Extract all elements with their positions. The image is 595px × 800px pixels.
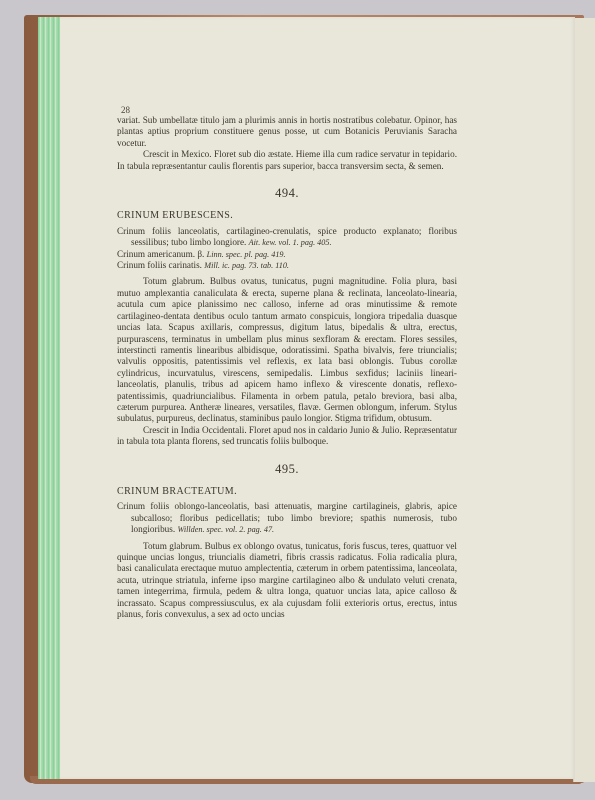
synonym-line: Crinum foliis carinatis. Mill. ic. pag. … (117, 260, 457, 271)
page-text-block: 28 variat. Sub umbellatæ titulo jam a pl… (117, 115, 457, 620)
synonym-reference: Willden. spec. vol. 2. pag. 47. (177, 525, 274, 534)
synonym-reference: Ait. kew. vol. 1. pag. 405. (249, 238, 332, 247)
entry-number: 495. (117, 464, 457, 475)
book-page: 28 variat. Sub umbellatæ titulo jam a pl… (60, 17, 575, 779)
synonym-reference: Linn. spec. pl. pag. 419. (207, 250, 286, 259)
page-number: 28 (121, 105, 130, 116)
synonym-line: Crinum americanum. β. Linn. spec. pl. pa… (117, 249, 457, 260)
entry-494: 494. CRINUM ERUBESCENS. Crinum foliis la… (117, 188, 457, 448)
synonym-reference: Mill. ic. pag. 73. tab. 110. (204, 261, 289, 270)
species-title: CRINUM BRACTEATUM. (117, 486, 457, 497)
intro-habitat-paragraph: Crescit in Mexico. Floret sub dio æstate… (117, 149, 457, 172)
synonym-text: Crinum foliis oblongo-lanceolatis, basi … (117, 501, 457, 534)
entry-495: 495. CRINUM BRACTEATUM. Crinum foliis ob… (117, 464, 457, 621)
species-habitat: Crescit in India Occidentali. Floret apu… (117, 425, 457, 448)
synonym-text: Crinum foliis carinatis. (117, 260, 202, 270)
synonym-text: Crinum americanum. β. (117, 249, 204, 259)
species-description: Totum glabrum. Bulbus ex oblongo ovatus,… (117, 541, 457, 621)
entry-number: 494. (117, 188, 457, 199)
facing-page-edge (573, 18, 595, 782)
green-page-edges (38, 17, 62, 779)
species-description: Totum glabrum. Bulbus ovatus, tunicatus,… (117, 276, 457, 424)
species-title: CRINUM ERUBESCENS. (117, 210, 457, 221)
intro-paragraph: variat. Sub umbellatæ titulo jam a pluri… (117, 115, 457, 149)
synonym-line: Crinum foliis oblongo-lanceolatis, basi … (117, 501, 457, 535)
synonym-line: Crinum foliis lanceolatis, cartilagineo-… (117, 226, 457, 249)
